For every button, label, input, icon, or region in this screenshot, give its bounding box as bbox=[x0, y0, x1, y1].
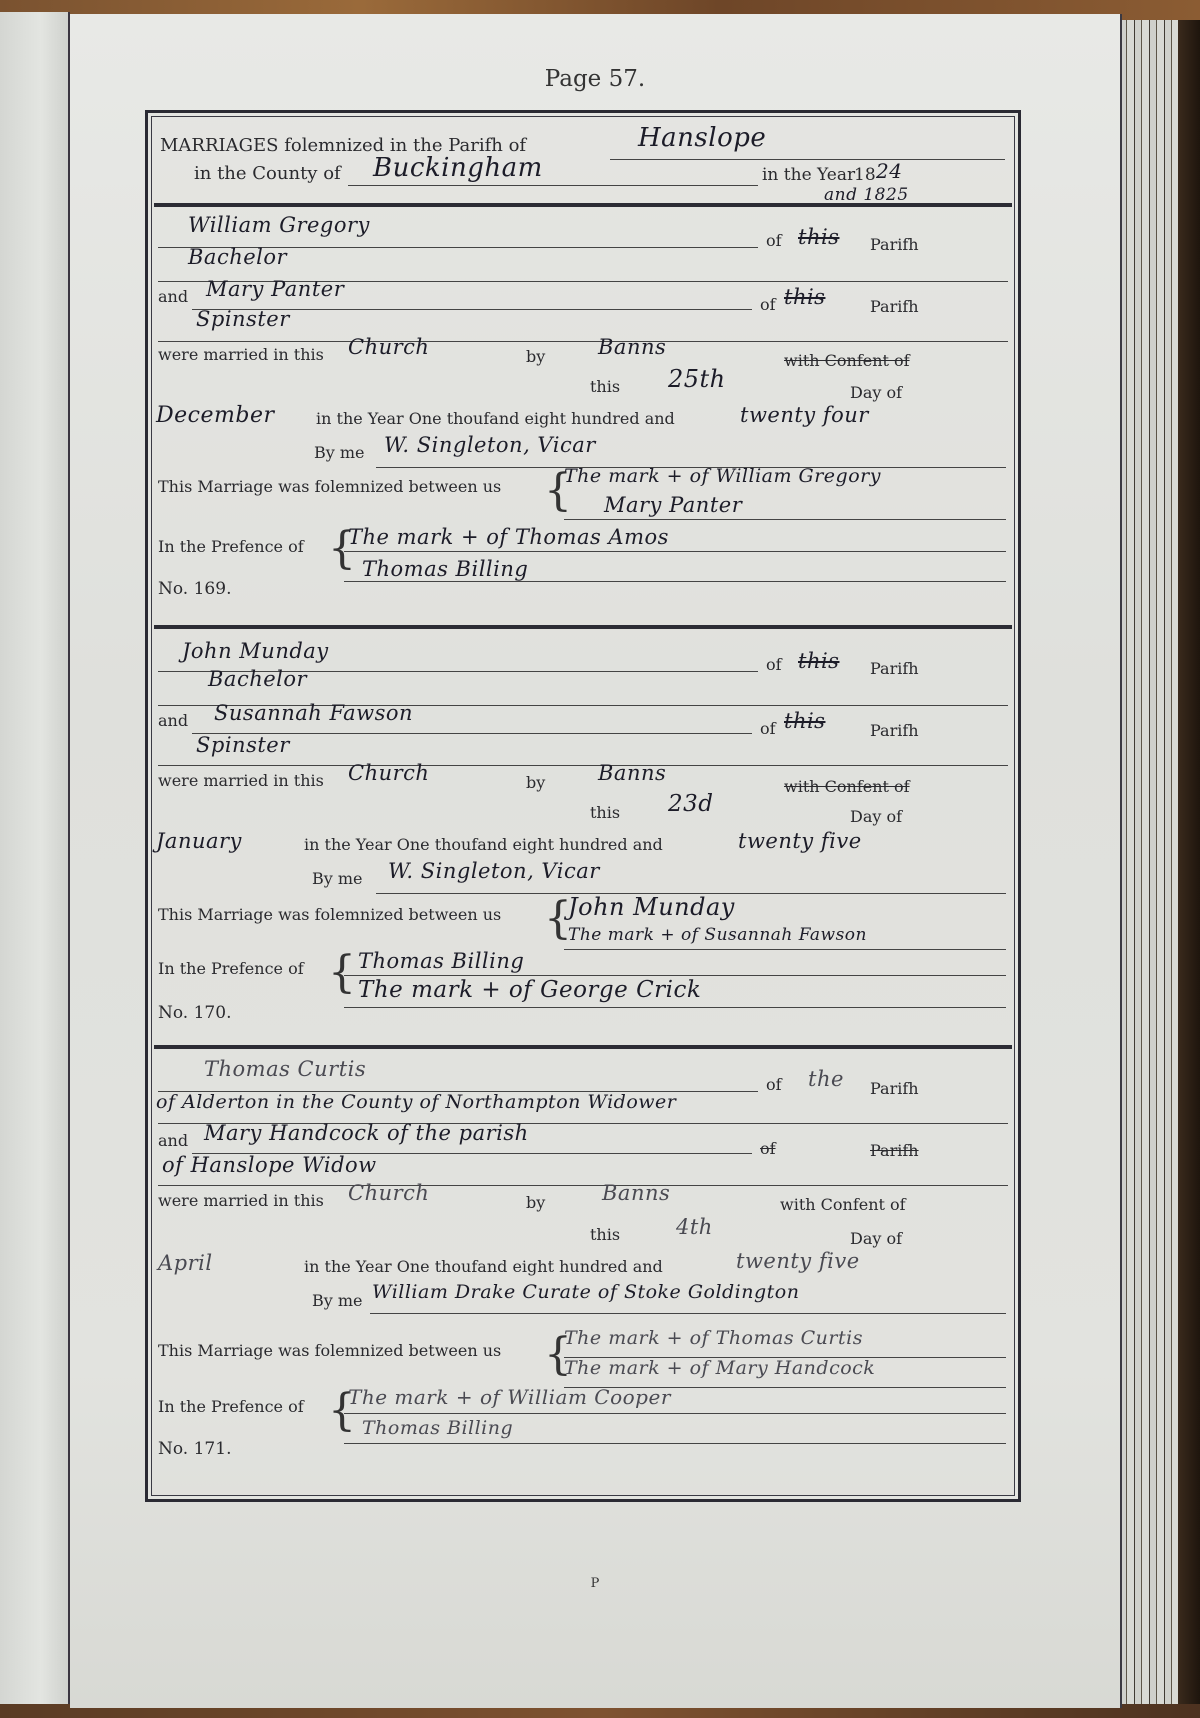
day: 4th bbox=[676, 1215, 713, 1239]
groom-parish: this bbox=[798, 225, 839, 249]
day-of-label: Day of bbox=[850, 807, 902, 826]
of-label: of bbox=[760, 295, 776, 314]
parish-label: Parifh bbox=[870, 1141, 919, 1160]
parish-label: Parifh bbox=[870, 721, 919, 740]
by-label: by bbox=[526, 1193, 545, 1212]
bride-status: Spinster bbox=[196, 307, 290, 331]
officiant: William Drake Curate of Stoke Goldington bbox=[372, 1281, 799, 1303]
party-2: Mary Panter bbox=[604, 493, 742, 517]
of-label: of bbox=[766, 1075, 782, 1094]
bride-name: Mary Handcock of the parish bbox=[204, 1121, 529, 1145]
year-prefix: 18 bbox=[854, 165, 876, 185]
year-words: twenty four bbox=[740, 403, 869, 427]
party-2: The mark + of Susannah Fawson bbox=[568, 925, 867, 945]
year-label: in the Year One thoufand eight hundred a… bbox=[304, 1257, 663, 1276]
parish-label: Parifh bbox=[870, 1079, 919, 1098]
year-handwritten: 24 bbox=[876, 159, 902, 183]
bride-status: Spinster bbox=[196, 733, 290, 757]
header-line2-label: in the County of bbox=[194, 163, 341, 184]
solemnized-label: This Marriage was folemnized between us bbox=[158, 1341, 501, 1360]
bride-parish: this bbox=[784, 285, 825, 309]
parish-label: Parifh bbox=[870, 235, 919, 254]
parish-label: Parifh bbox=[870, 659, 919, 678]
groom-name: Thomas Curtis bbox=[204, 1057, 366, 1081]
witness-1: The mark + of Thomas Amos bbox=[348, 525, 669, 549]
of-label: of bbox=[760, 1139, 776, 1158]
register-frame: MARRIAGES folemnized in the Parifh of Ha… bbox=[145, 110, 1021, 1502]
by-label: by bbox=[526, 773, 545, 792]
marriage-entry-169: William Gregory of this Parifh Bachelor … bbox=[148, 207, 1018, 627]
groom-line2: of Alderton in the County of Northampton… bbox=[156, 1091, 676, 1113]
by-me-label: By me bbox=[312, 1291, 363, 1310]
book-shadow bbox=[1178, 20, 1200, 1710]
witness-2: The mark + of George Crick bbox=[358, 977, 701, 1003]
of-label: of bbox=[766, 655, 782, 674]
groom-name: John Munday bbox=[182, 639, 329, 663]
and-label: and bbox=[158, 1131, 188, 1150]
consent-label: with Confent of bbox=[784, 777, 910, 796]
facing-page-left bbox=[0, 12, 70, 1712]
entry-number: No. 169. bbox=[158, 579, 231, 599]
month: December bbox=[156, 403, 274, 428]
page-title: Page 57. bbox=[70, 66, 1120, 92]
groom-status: Bachelor bbox=[188, 245, 287, 269]
day: 25th bbox=[668, 365, 726, 393]
this-label: this bbox=[590, 803, 620, 822]
of-label: of bbox=[760, 719, 776, 738]
witness-2: Thomas Billing bbox=[362, 1417, 513, 1439]
marriage-by: Banns bbox=[598, 335, 666, 359]
marriage-by: Banns bbox=[598, 761, 666, 785]
party-1: The mark + of Thomas Curtis bbox=[564, 1327, 863, 1349]
by-me-label: By me bbox=[312, 869, 363, 888]
place: Church bbox=[348, 335, 429, 359]
register-page: Page 57. MARRIAGES folemnized in the Par… bbox=[70, 14, 1122, 1708]
entry-number: No. 170. bbox=[158, 1003, 231, 1023]
by-label: by bbox=[526, 347, 545, 366]
party-1: John Munday bbox=[568, 893, 735, 921]
bride-parish: this bbox=[784, 709, 825, 733]
year-label: in the Year One thoufand eight hundred a… bbox=[304, 835, 663, 854]
place: Church bbox=[348, 1181, 429, 1205]
consent-label: with Confent of bbox=[784, 351, 910, 370]
solemnized-label: This Marriage was folemnized between us bbox=[158, 477, 501, 496]
day-of-label: Day of bbox=[850, 1229, 902, 1248]
presence-label: In the Prefence of bbox=[158, 537, 304, 556]
groom-parish: this bbox=[798, 649, 839, 673]
bride-line2: of Hanslope Widow bbox=[162, 1153, 377, 1177]
entry-separator bbox=[154, 1045, 1012, 1049]
solemnized-label: This Marriage was folemnized between us bbox=[158, 905, 501, 924]
bride-name: Mary Panter bbox=[206, 277, 344, 301]
county-name: Buckingham bbox=[373, 153, 543, 183]
year-words: twenty five bbox=[738, 829, 862, 853]
year-label: in the Year bbox=[762, 165, 855, 185]
and-label: and bbox=[158, 287, 188, 306]
this-label: this bbox=[590, 1225, 620, 1244]
entry-number: No. 171. bbox=[158, 1439, 231, 1459]
day-of-label: Day of bbox=[850, 383, 902, 402]
marriage-by: Banns bbox=[602, 1181, 670, 1205]
party-2: The mark + of Mary Handcock bbox=[564, 1357, 875, 1379]
presence-label: In the Prefence of bbox=[158, 1397, 304, 1416]
married-label: were married in this bbox=[158, 345, 324, 364]
year-extra: and 1825 bbox=[824, 185, 909, 205]
parish-name: Hanslope bbox=[638, 123, 766, 153]
of-label: of bbox=[766, 231, 782, 250]
printer-signature-mark: P bbox=[70, 1576, 1120, 1591]
this-label: this bbox=[590, 377, 620, 396]
brace: { bbox=[328, 951, 356, 995]
place: Church bbox=[348, 761, 429, 785]
by-me-label: By me bbox=[314, 443, 365, 462]
year-label: in the Year One thoufand eight hundred a… bbox=[316, 409, 675, 428]
witness-1: Thomas Billing bbox=[358, 949, 524, 973]
officiant: W. Singleton, Vicar bbox=[388, 859, 600, 883]
year-words: twenty five bbox=[736, 1249, 860, 1273]
entry-separator bbox=[154, 625, 1012, 629]
witness-2: Thomas Billing bbox=[362, 557, 528, 581]
groom-name: William Gregory bbox=[188, 213, 370, 237]
married-label: were married in this bbox=[158, 1191, 324, 1210]
and-label: and bbox=[158, 711, 188, 730]
party-1: The mark + of William Gregory bbox=[564, 465, 881, 487]
day: 23d bbox=[668, 791, 714, 817]
consent-label: with Confent of bbox=[780, 1195, 906, 1214]
marriage-entry-170: John Munday of this Parifh Bachelor and … bbox=[148, 631, 1018, 1051]
witness-1: The mark + of William Cooper bbox=[348, 1385, 671, 1409]
month: January bbox=[156, 829, 242, 853]
groom-status: Bachelor bbox=[208, 667, 307, 691]
officiant: W. Singleton, Vicar bbox=[384, 433, 596, 457]
marriage-entry-171: Thomas Curtis of the Parifh of Alderton … bbox=[148, 1051, 1018, 1491]
parish-label: Parifh bbox=[870, 297, 919, 316]
presence-label: In the Prefence of bbox=[158, 959, 304, 978]
month: April bbox=[158, 1251, 213, 1275]
bride-name: Susannah Fawson bbox=[214, 701, 413, 725]
married-label: were married in this bbox=[158, 771, 324, 790]
groom-parish: the bbox=[808, 1067, 844, 1091]
